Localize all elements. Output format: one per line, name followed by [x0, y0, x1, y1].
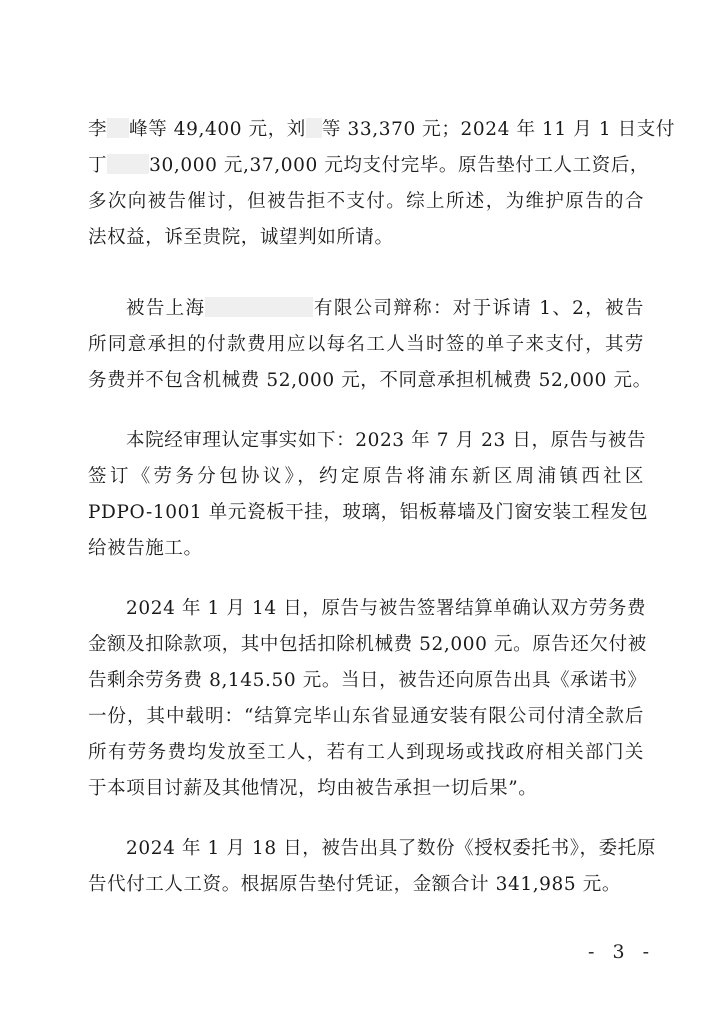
text-fragment: 李 — [88, 119, 107, 140]
redaction-block — [107, 118, 129, 138]
text-line: 本院经审理认定事实如下：2023 年 7 月 23 日，原告与被告 — [126, 429, 644, 453]
text-line: 告代付工人工资。根据原告垫付凭证，金额合计 341,985 元。 — [88, 873, 644, 897]
text-fragment: 峰等 49,400 元，刘 — [129, 119, 306, 140]
text-fragment: 丁 — [88, 155, 107, 176]
text-line: 被告上海有限公司辩称：对于诉请 1、2，被告 — [126, 297, 644, 321]
text-line: 2024 年 1 月 14 日，原告与被告签署结算单确认双方劳务费 — [126, 597, 644, 621]
text-line: 多次向被告催讨，但被告拒不支付。综上所述，为维护原告的合 — [88, 190, 644, 214]
text-fragment: 有限公司辩称：对于诉请 1、2，被告 — [313, 298, 644, 319]
document-page: 李峰等 49,400 元，刘等 33,370 元；2024 年 11 月 1 日… — [0, 0, 724, 1024]
text-line: 于本项目讨薪及其他情况，均由被告承担一切后果”。 — [88, 777, 644, 801]
text-fragment: 等 33,370 元；2024 年 11 月 1 日支付 — [322, 119, 675, 140]
text-line: 所同意承担的付款费用应以每名工人当时签的单子来支付，其劳 — [88, 333, 644, 357]
text-line: 丁30,000 元,37,000 元均支付完毕。原告垫付工人工资后， — [88, 154, 644, 178]
text-line: 签订《劳务分包协议》，约定原告将浦东新区周浦镇西社区 — [88, 465, 644, 489]
text-line: 务费并不包含机械费 52,000 元，不同意承担机械费 52,000 元。 — [88, 369, 644, 393]
text-line: 告剩余劳务费 8,145.50 元。当日，被告还向原告出具《承诺书》 — [88, 669, 644, 693]
text-fragment: 被告上海 — [126, 298, 205, 319]
text-line: 所有劳务费均发放至工人，若有工人到现场或找政府相关部门关 — [88, 741, 644, 765]
text-line: 一份，其中载明：“结算完毕山东省显通安装有限公司付清全款后 — [88, 705, 644, 729]
text-line: PDPO-1001 单元瓷板干挂，玻璃，铝板幕墙及门窗安装工程发包 — [88, 501, 644, 525]
redaction-block — [107, 154, 149, 174]
text-line: 金额及扣除款项，其中包括扣除机械费 52,000 元。原告还欠付被 — [88, 633, 644, 657]
page-number: - 3 - — [588, 941, 655, 963]
text-line: 2024 年 1 月 18 日，被告出具了数份《授权委托书》，委托原 — [126, 837, 644, 861]
text-line: 法权益，诉至贵院，诚望判如所请。 — [88, 226, 644, 250]
text-fragment: 30,000 元,37,000 元均支付完毕。原告垫付工人工资后， — [149, 155, 649, 176]
text-line: 李峰等 49,400 元，刘等 33,370 元；2024 年 11 月 1 日… — [88, 118, 644, 142]
redaction-block — [205, 297, 313, 317]
text-line: 给被告施工。 — [88, 537, 644, 561]
redaction-block — [306, 118, 322, 138]
